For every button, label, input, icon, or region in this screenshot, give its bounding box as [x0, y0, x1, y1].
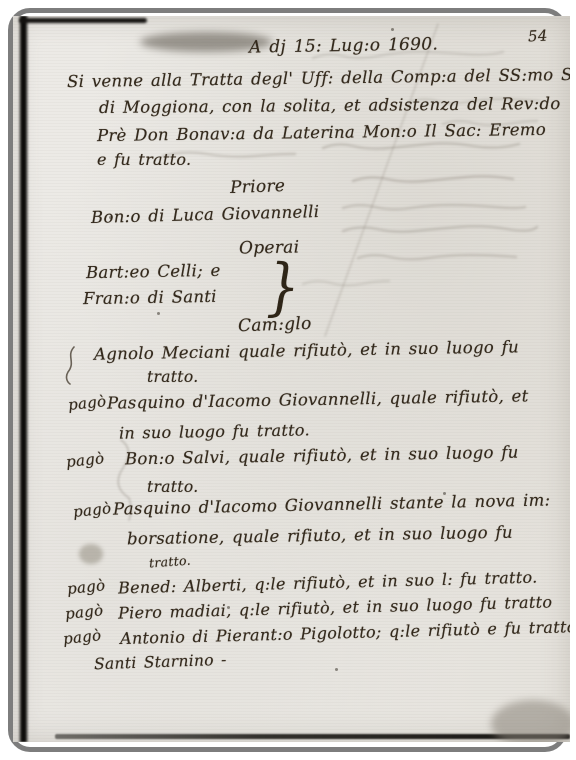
entry-line: in suo luogo fu tratto.: [119, 420, 310, 442]
entry-line: tratto.: [149, 553, 192, 571]
grouping-brace: }: [266, 250, 300, 323]
entry-line: tratto.: [147, 478, 198, 496]
priore-heading: Priore: [230, 176, 286, 198]
folio-number: 54: [528, 26, 549, 45]
operai-name: Bart:eo Celli; e: [86, 261, 221, 282]
margin-flourish: [60, 344, 82, 386]
opening-line: e fu tratto.: [97, 150, 191, 169]
operai-name: Fran:o di Santi: [83, 287, 217, 308]
camarlingo-heading: Cam:glo: [238, 314, 312, 337]
manuscript-page: 54 A dj 15: Lug:o 1690. Si venne alla Tr…: [13, 16, 570, 742]
opening-line: di Moggiona, con la solita, et adsistenz…: [99, 94, 561, 117]
scanned-manuscript-viewer: 54 A dj 15: Lug:o 1690. Si venne alla Tr…: [0, 0, 576, 760]
date-line: A dj 15: Lug:o 1690.: [249, 34, 438, 57]
entry-line: tratto.: [147, 368, 198, 386]
